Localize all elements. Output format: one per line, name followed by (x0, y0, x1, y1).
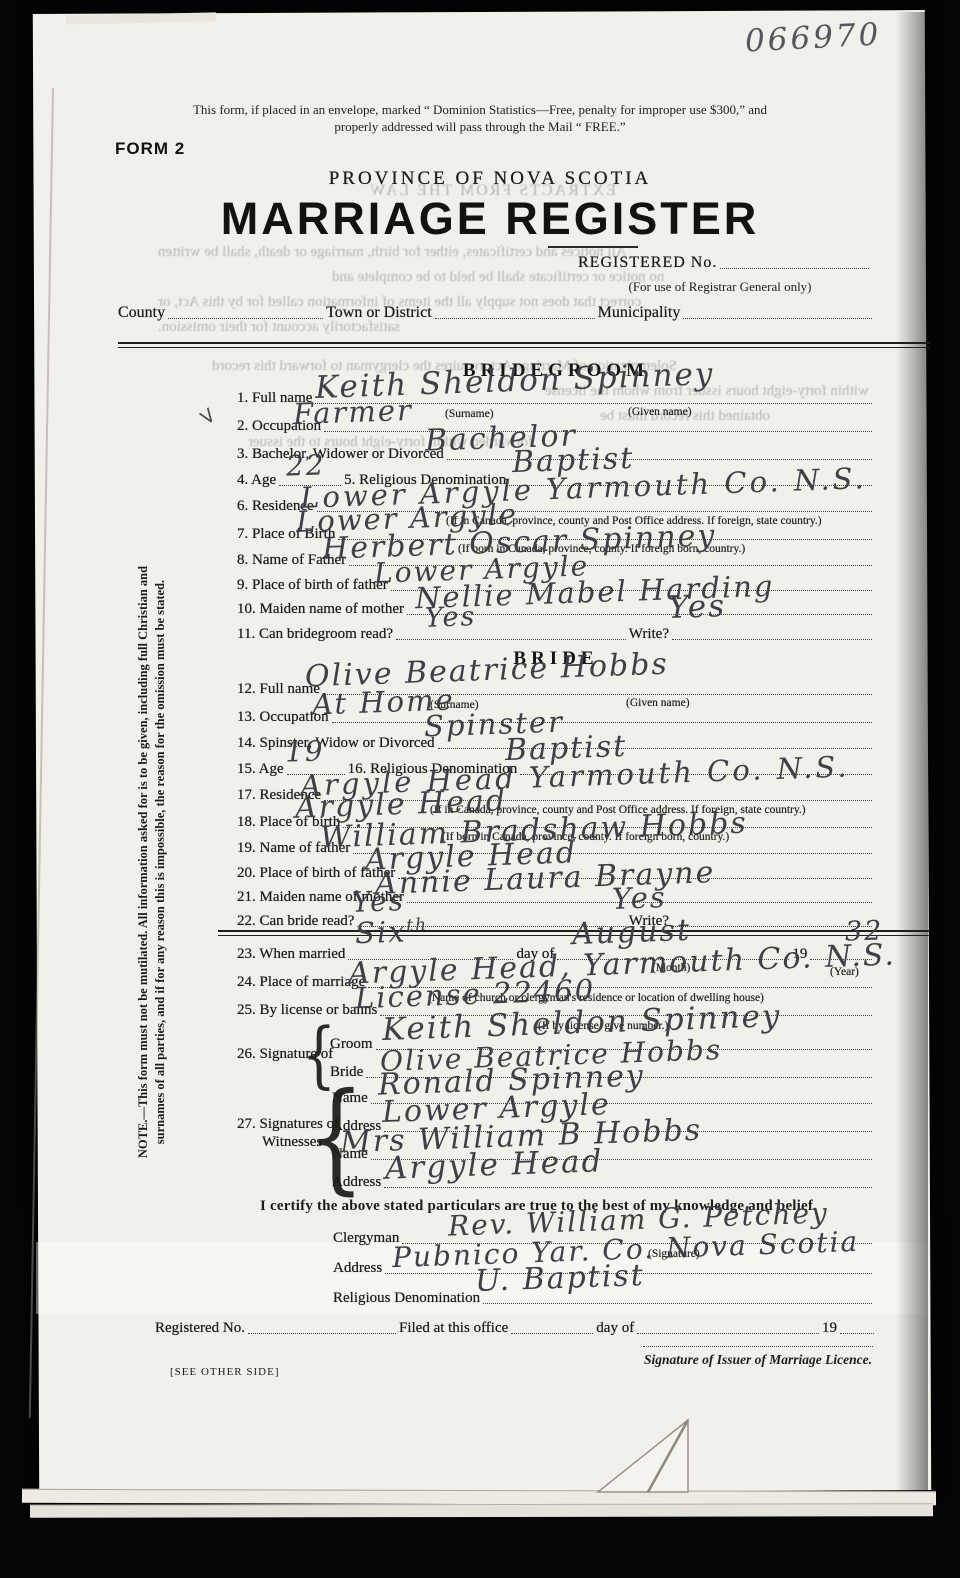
handwritten-age-bride: 19 (285, 737, 326, 766)
handwritten-witness2-address: Argyle Head (385, 1146, 604, 1185)
day-of-label: day of (596, 1320, 634, 1337)
office-filing-row: Registered No. Filed at this office day … (155, 1320, 877, 1337)
municipality-label: Municipality (598, 304, 681, 322)
handwritten-age-groom: 22 (286, 451, 327, 480)
location-row: County Town or District Municipality (118, 304, 875, 322)
form-number-label: FORM 2 (115, 139, 185, 159)
field-label: 10. Maiden name of mother (237, 601, 404, 618)
scanned-marriage-register: EXTRACTS FROM THE LAW All notices and ce… (0, 0, 960, 1578)
registrar-only-note: (For use of Registrar General only) (585, 279, 855, 295)
handwritten-groom-write: Yes (667, 591, 726, 624)
filed-label: Filed at this office (399, 1320, 508, 1337)
clergyman-label: Clergyman (333, 1230, 399, 1247)
handwritten-occupation-groom: Farmer (293, 396, 414, 429)
issuer-signature-line (640, 1344, 876, 1350)
given-name-hint: (Given name) (626, 697, 690, 709)
registered-no-label: REGISTERED No. (578, 254, 717, 272)
field-label: 22. Can bride read? (237, 913, 354, 930)
handwritten-groom-read: Yes (425, 603, 477, 632)
dotted-line (672, 924, 872, 927)
year-prefix: 19 (822, 1320, 837, 1337)
under-sheet-edge-2 (30, 1503, 933, 1518)
county-label: County (118, 304, 165, 322)
given-name-hint: (Given name) (628, 406, 692, 418)
side-note-line1: NOTE.—This form must not be mutilated. A… (136, 566, 150, 1158)
dotted-line (720, 266, 869, 269)
name-label: Name (332, 1090, 368, 1107)
witnesses-label-line1: 27. Signatures of (237, 1116, 339, 1133)
handwritten-wedding-day: Sixth (355, 917, 429, 949)
handwritten-bride-write: Yes (612, 883, 668, 914)
witnesses-label-line2: Witnesses (262, 1134, 322, 1151)
page-title: MARRIAGE REGISTER (130, 193, 850, 245)
dotted-line (511, 1331, 593, 1334)
dotted-line (168, 316, 323, 319)
dotted-line (672, 637, 872, 640)
signature-of-label: 26. Signature of (237, 1046, 333, 1063)
mail-notice-line1: This form, if placed in an envelope, mar… (193, 102, 767, 117)
issuer-signature-label: Signature of Issuer of Marriage Licence. (632, 1352, 884, 1368)
side-note-line2: surnames of all parties, and if for any … (153, 580, 167, 1144)
dotted-line (483, 1301, 872, 1304)
document-number: 066970 (744, 16, 882, 59)
address-label: Address (333, 1260, 382, 1277)
registered-no-label: Registered No. (155, 1320, 245, 1337)
dotted-line (435, 316, 595, 319)
see-other-side-note: [SEE OTHER SIDE] (170, 1366, 280, 1378)
field-can-bride-read: 22. Can bride read? Write? (237, 913, 875, 930)
dotted-line (248, 1331, 396, 1334)
dotted-line (447, 457, 872, 460)
field-label: 24. Place of marriage (237, 974, 365, 991)
dotted-line (643, 1344, 873, 1347)
dotted-line (683, 316, 872, 319)
field-label: 11. Can bridegroom read? (237, 626, 393, 643)
dotted-line (840, 1331, 874, 1334)
groom-label: Groom (330, 1036, 373, 1053)
age-label: 15. Age (237, 761, 284, 778)
age-label: 4. Age (237, 472, 276, 489)
dotted-line (396, 637, 626, 640)
field-label: 14. Spinster, Widow or Divorced (237, 735, 435, 752)
dotted-line (332, 720, 872, 723)
field-label: 9. Place of birth of father (237, 577, 388, 594)
section-divider-rule (118, 342, 930, 348)
title-divider (548, 246, 638, 248)
right-edge-shadow (896, 12, 928, 1490)
write-label: Write? (629, 626, 669, 643)
town-district-label: Town or District (326, 304, 432, 322)
religious-denomination-label: Religious Denomination (333, 1290, 480, 1307)
paper-fold (584, 1416, 720, 1496)
dotted-line (637, 1331, 819, 1334)
dotted-line (384, 1185, 872, 1188)
dotted-line (324, 429, 872, 432)
field-can-groom-read: 11. Can bridegroom read? Write? (237, 626, 875, 643)
mail-notice: This form, if placed in an envelope, mar… (150, 101, 810, 135)
field-label: 23. When married (237, 946, 345, 963)
mail-notice-line2: properly addressed will pass through the… (334, 119, 625, 134)
province-title: PROVINCE OF NOVA SCOTIA (230, 168, 750, 190)
field-label: 3. Bachelor, Widower or Divorced (237, 446, 444, 463)
registered-no-row: REGISTERED No. (578, 254, 872, 272)
dotted-line (438, 746, 872, 749)
side-note: NOTE.—This form must not be mutilated. A… (135, 532, 169, 1192)
handwritten-clergyman-denomination: U. Baptist (475, 1261, 646, 1297)
address-label: Address (332, 1174, 381, 1191)
handwritten-bride-read: Yes (352, 887, 406, 917)
